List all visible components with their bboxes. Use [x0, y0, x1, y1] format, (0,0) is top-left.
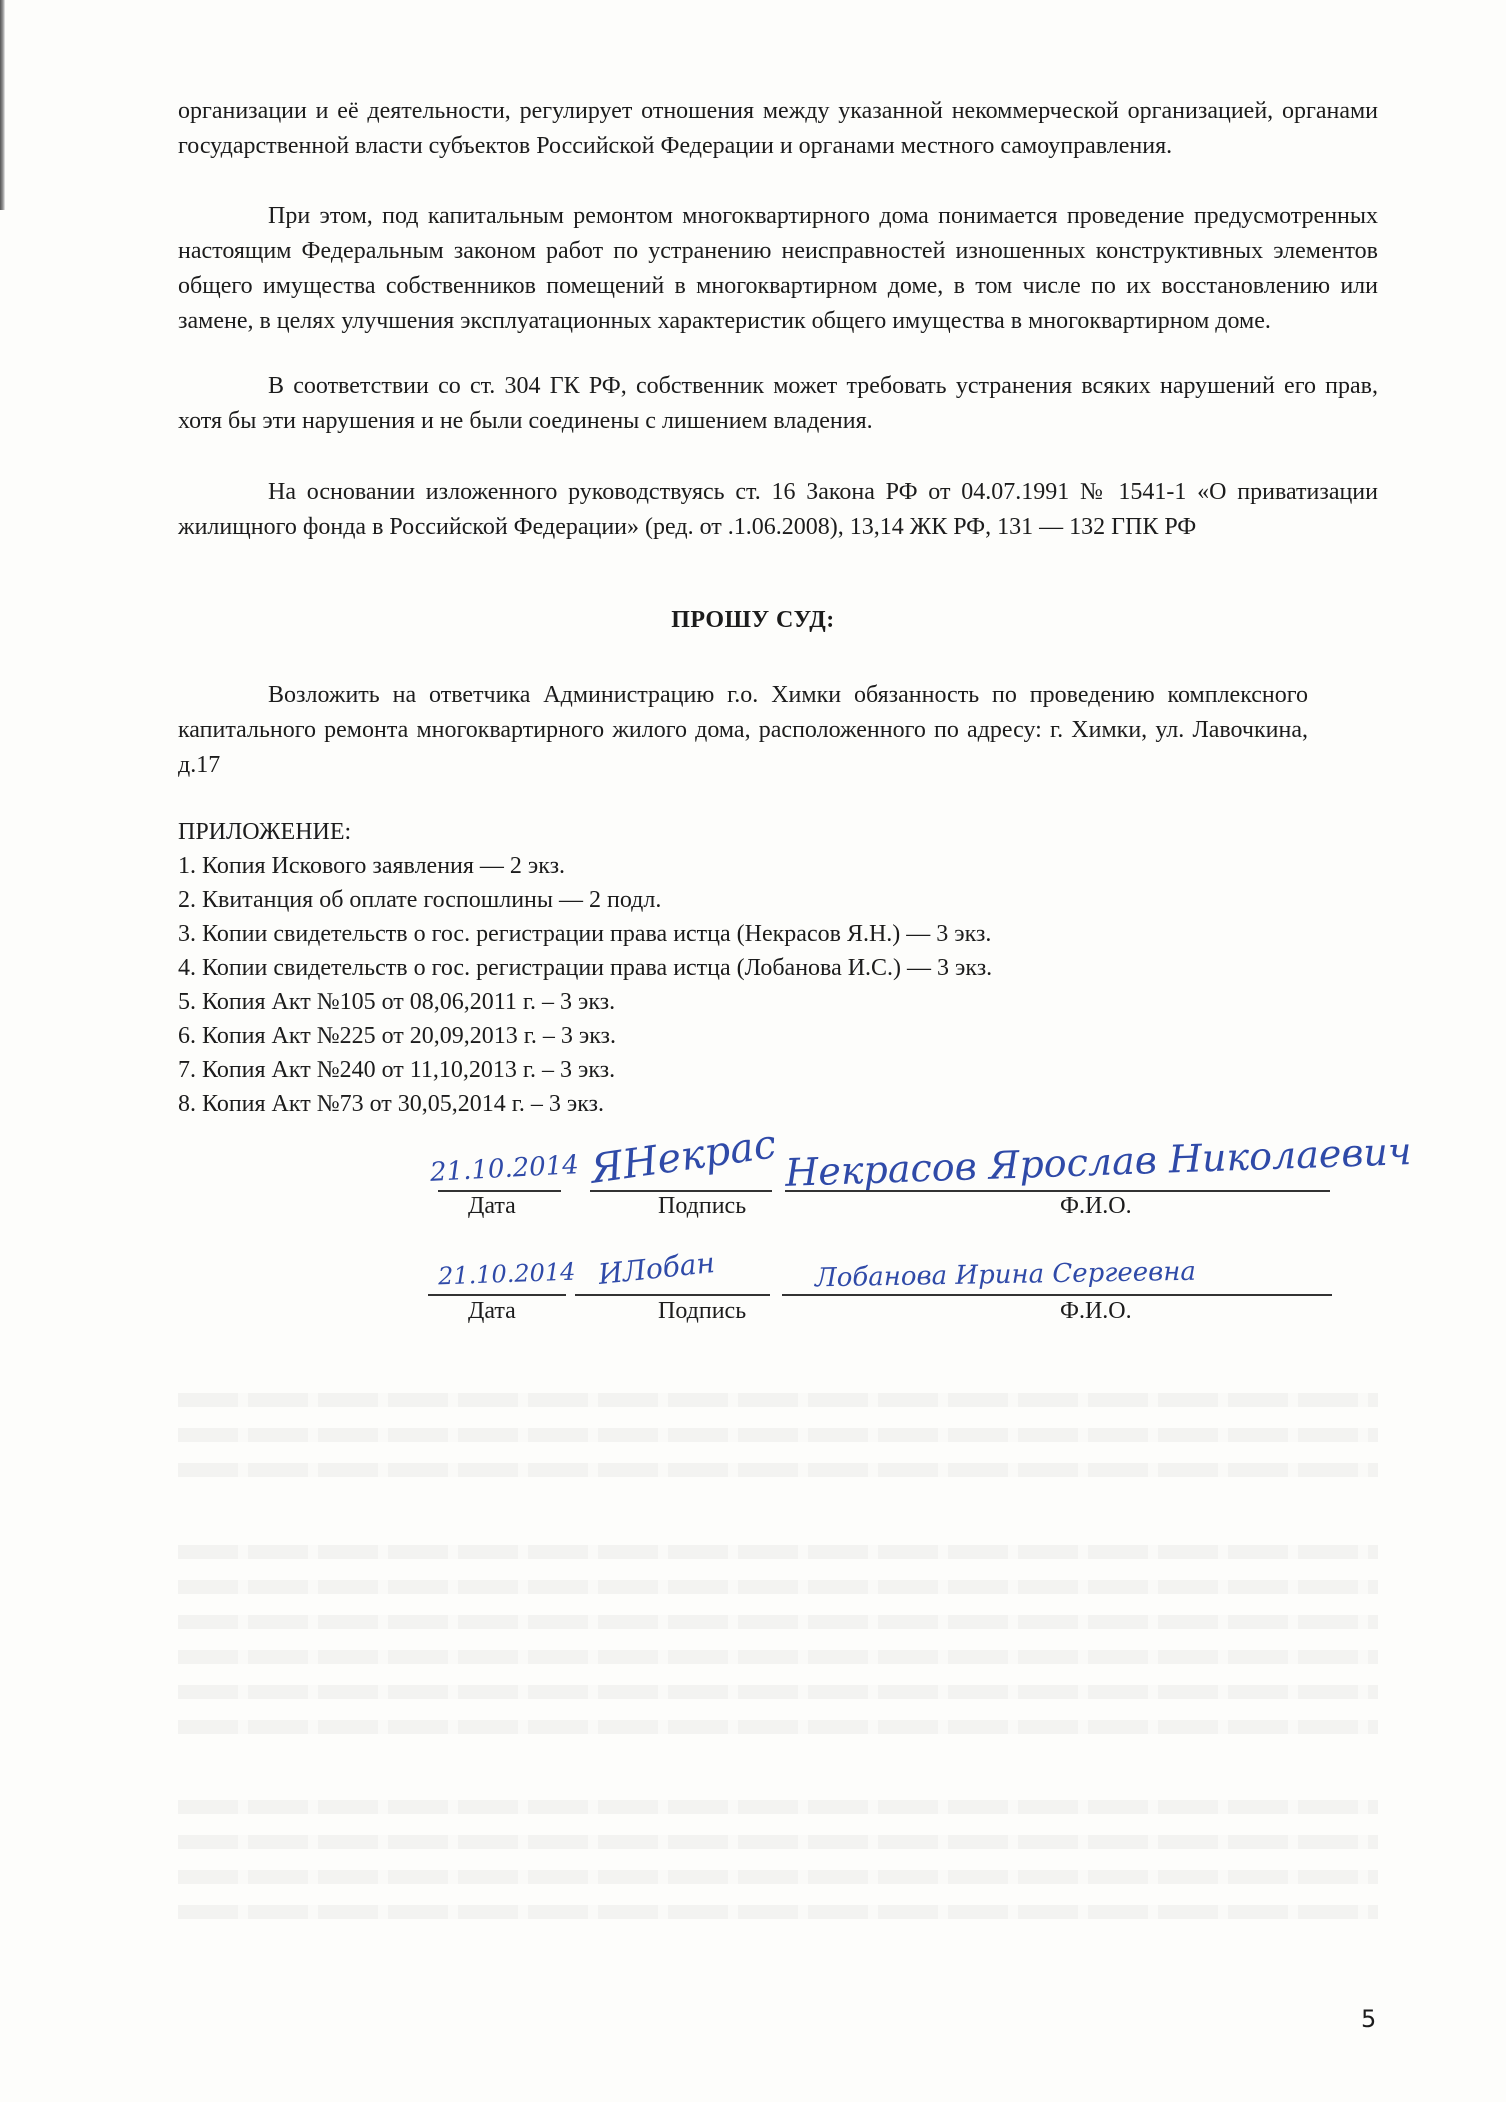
paragraph-court-request: Возложить на ответчика Администрацию г.о…: [178, 678, 1308, 783]
handwritten-name-2: Лобанова Ирина Сергеевна: [815, 1257, 1196, 1294]
attachments-section: ПРИЛОЖЕНИЕ: 1. Копия Искового заявления …: [178, 815, 992, 1121]
signature-block-1: 21.10.2014 ЯНекрас Некрасов Ярослав Нико…: [430, 1120, 1430, 1210]
date-caption-1: Дата: [468, 1193, 516, 1220]
bleed-through-text: [178, 1870, 1378, 1884]
paragraph-article-304: В соответствии со ст. 304 ГК РФ, собстве…: [178, 369, 1378, 439]
attachment-item: 2. Квитанция об оплате госпошлины — 2 по…: [178, 883, 992, 917]
signature-block-2: 21.10.2014 ИЛобан Лобанова Ирина Сергеев…: [430, 1230, 1430, 1320]
page-number: 5: [1361, 2005, 1376, 2033]
bleed-through-text: [178, 1463, 1378, 1477]
attachment-item: 6. Копия Акт №225 от 20,09,2013 г. – 3 э…: [178, 1019, 992, 1053]
signature-caption-2: Подпись: [658, 1298, 746, 1325]
bleed-through-text: [178, 1428, 1378, 1442]
bleed-through-text: [178, 1800, 1378, 1814]
handwritten-date-2: 21.10.2014: [438, 1258, 576, 1291]
bleed-through-text: [178, 1905, 1378, 1919]
bleed-through-text: [178, 1615, 1378, 1629]
date-line-1: [438, 1190, 561, 1192]
bleed-through-text: [178, 1720, 1378, 1734]
request-heading: ПРОШУ СУД:: [0, 607, 1506, 634]
name-line-2: [782, 1294, 1332, 1296]
date-line-2: [428, 1294, 566, 1296]
bleed-through-text: [178, 1545, 1378, 1559]
handwritten-signature-2: ИЛобан: [597, 1246, 717, 1291]
attachment-item: 5. Копия Акт №105 от 08,06,2011 г. – 3 э…: [178, 985, 992, 1019]
attachments-list: 1. Копия Искового заявления — 2 экз. 2. …: [178, 849, 992, 1121]
paragraph-ngo-regulation: организации и её деятельности, регулируе…: [178, 94, 1378, 164]
paragraph-capital-repair-definition: При этом, под капитальным ремонтом много…: [178, 199, 1378, 339]
signature-caption-1: Подпись: [658, 1193, 746, 1220]
attachment-item: 3. Копии свидетельств о гос. регистрации…: [178, 917, 992, 951]
attachments-title: ПРИЛОЖЕНИЕ:: [178, 815, 992, 849]
attachment-item: 7. Копия Акт №240 от 11,10,2013 г. – 3 э…: [178, 1053, 992, 1087]
name-caption-1: Ф.И.О.: [1060, 1193, 1132, 1220]
attachment-item: 1. Копия Искового заявления — 2 экз.: [178, 849, 992, 883]
bleed-through-text: [178, 1580, 1378, 1594]
name-caption-2: Ф.И.О.: [1060, 1298, 1132, 1325]
name-line-1: [785, 1190, 1330, 1192]
handwritten-signature-1: ЯНекрас: [588, 1121, 779, 1193]
bleed-through-text: [178, 1650, 1378, 1664]
signature-line-1: [590, 1190, 772, 1192]
handwritten-date-1: 21.10.2014: [429, 1150, 579, 1188]
bleed-through-text: [178, 1835, 1378, 1849]
bleed-through-text: [178, 1393, 1378, 1407]
date-caption-2: Дата: [468, 1298, 516, 1325]
scan-edge-shadow: [0, 0, 5, 210]
signature-line-2: [575, 1294, 770, 1296]
attachment-item: 4. Копии свидетельств о гос. регистрации…: [178, 951, 992, 985]
paragraph-legal-basis: На основании изложенного руководствуясь …: [178, 475, 1378, 545]
bleed-through-text: [178, 1685, 1378, 1699]
handwritten-name-1: Некрасов Ярослав Николаевич: [784, 1129, 1412, 1195]
attachment-item: 8. Копия Акт №73 от 30,05,2014 г. – 3 эк…: [178, 1087, 992, 1121]
